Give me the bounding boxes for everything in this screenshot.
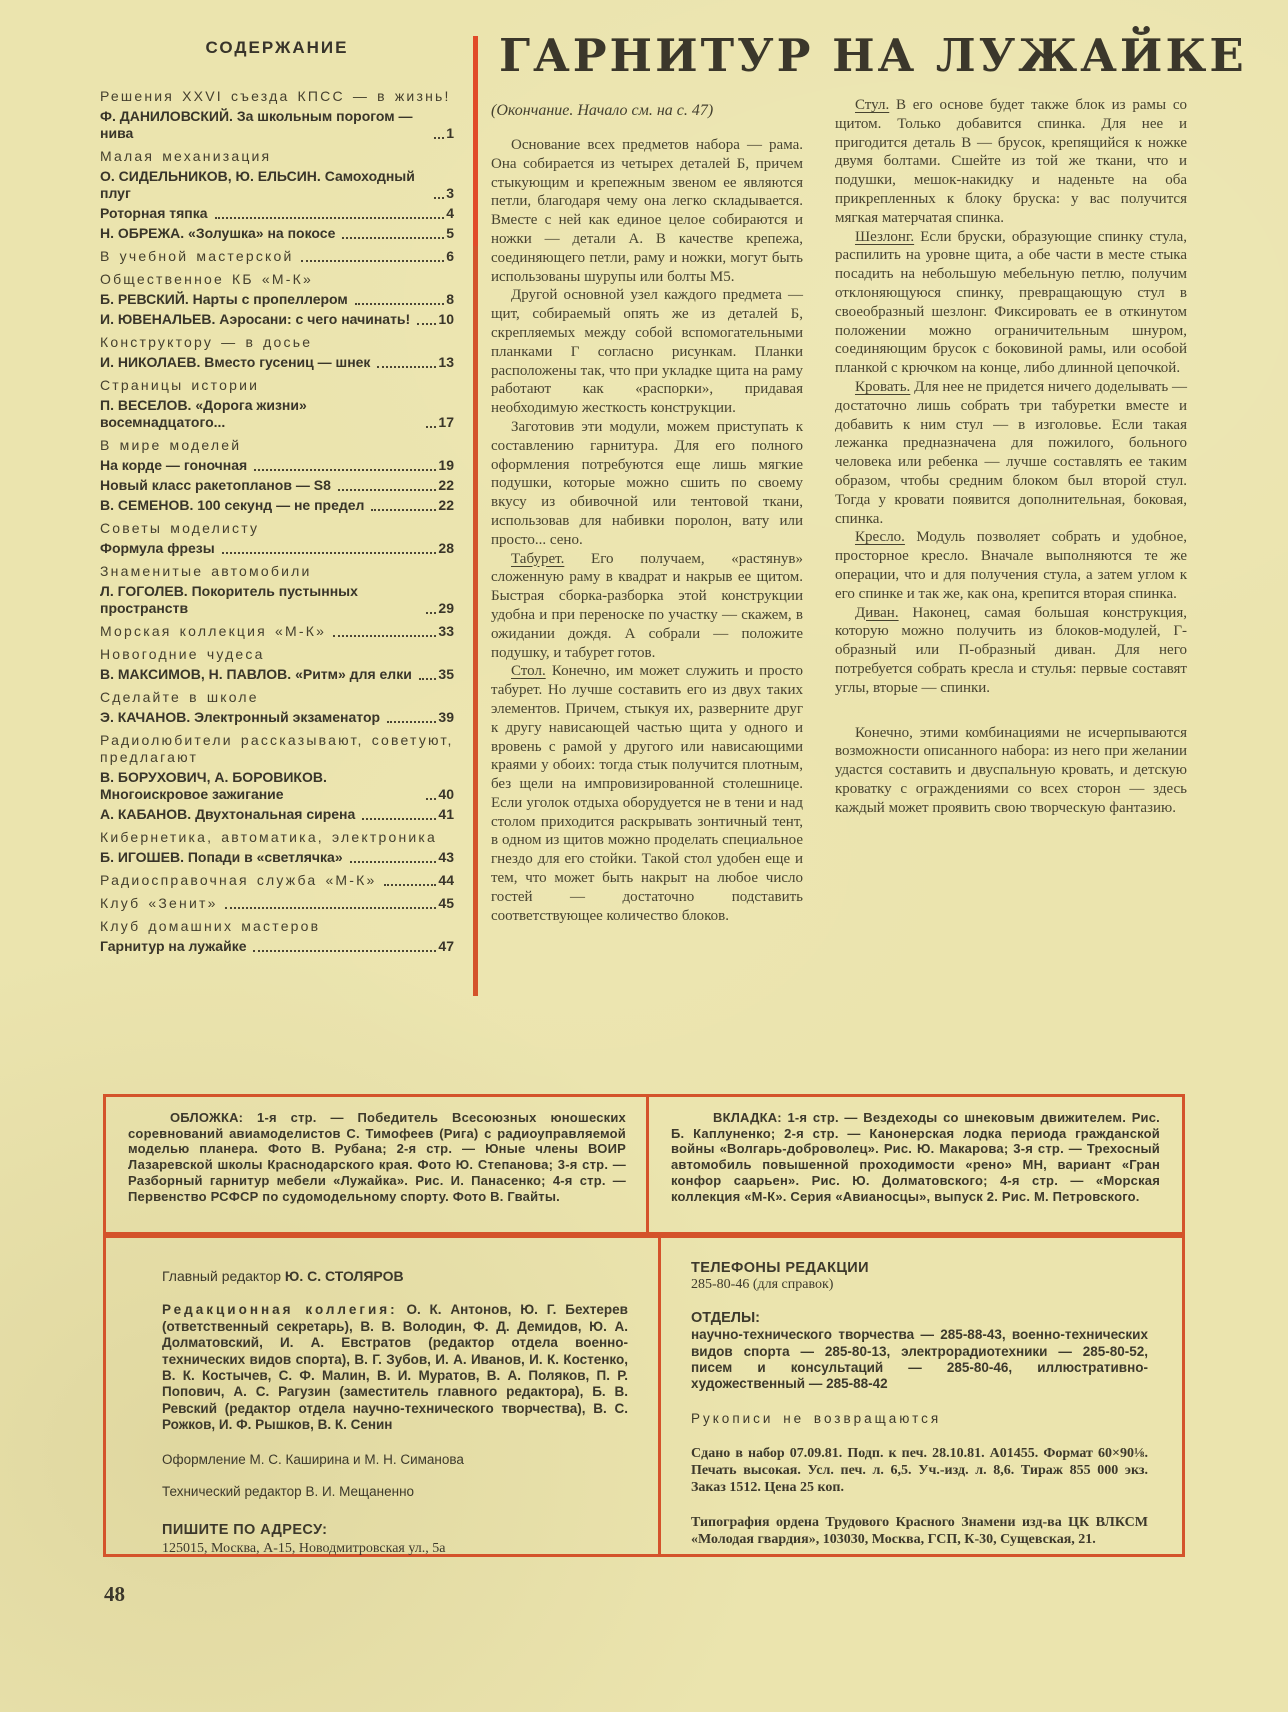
toc-entry: Л. ГОГОЛЕВ. Покоритель пустынных простра… [100, 583, 454, 617]
toc-entry-title: Страницы истории [100, 377, 259, 394]
toc-page-number: 3 [446, 185, 454, 202]
masthead-right: ТЕЛЕФОНЫ РЕДАКЦИИ 285-80-46 (для справок… [661, 1238, 1182, 1554]
toc-entry-title: Радиосправочная служба «М-К» [100, 872, 377, 889]
chief-editor-label: Главный редактор [162, 1268, 281, 1284]
toc-entry: Страницы истории [100, 377, 454, 394]
toc-entry: Клуб домашних мастеров [100, 918, 454, 935]
toc-entry-title: На корде — гоночная [100, 457, 247, 474]
toc-entry: О. СИДЕЛЬНИКОВ, Ю. ЕЛЬСИН. Самоходный пл… [100, 168, 454, 202]
toc-entry: Клуб «Зенит»45 [100, 895, 454, 912]
paragraph-text: Конечно, этими комбинациями не исчерпыва… [835, 725, 1187, 816]
toc-entry-title: И. НИКОЛАЕВ. Вместо гусениц — шнек [100, 354, 370, 371]
editorial-board-names: О. К. Антонов, Ю. Г. Бехтерев (ответстве… [162, 1302, 628, 1432]
article-columns: (Окончание. Начало см. на с. 47) Основан… [491, 96, 1187, 925]
toc-entry: П. ВЕСЕЛОВ. «Дорога жизни» восемнадцатог… [100, 397, 454, 431]
paragraph-lead-word: Шезлонг. [855, 229, 914, 245]
toc-entry-title: В учебной мастерской [100, 248, 294, 265]
toc-entry-title: Клуб «Зенит» [100, 895, 218, 912]
toc-entry-title: Малая механизация [100, 148, 271, 165]
toc-leader-dots [254, 469, 436, 471]
toc-entry: Решения XXVI съезда КПСС — в жизнь! [100, 88, 454, 105]
toc-entry: Морская коллекция «М-К»33 [100, 623, 454, 640]
toc-entry-title: А. КАБАНОВ. Двухтональная сирена [100, 806, 355, 823]
article-column-1: (Окончание. Начало см. на с. 47) Основан… [491, 96, 803, 925]
toc-entry-title: Сделайте в школе [100, 689, 259, 706]
paragraph-lead-word: Кресло. [855, 529, 905, 545]
toc-leader-dots [434, 137, 444, 139]
toc-entry-title: П. ВЕСЕЛОВ. «Дорога жизни» восемнадцатог… [100, 397, 419, 431]
toc-leader-dots [377, 366, 436, 368]
editorial-address: 125015, Москва, А-15, Новодмитровская ул… [162, 1541, 628, 1557]
toc-leader-dots [419, 678, 437, 680]
toc-page-number: 41 [438, 806, 454, 823]
toc-page-number: 8 [446, 291, 454, 308]
article-paragraph: Стул. В его основе будет также блок из р… [835, 96, 1187, 228]
toc-entry: Радиосправочная служба «М-К»44 [100, 872, 454, 889]
toc-leader-dots [387, 721, 436, 723]
manuscripts-note: Рукописи не возвращаются [691, 1411, 1148, 1427]
article-paragraph: Стол. Конечно, им может служить и просто… [491, 662, 803, 925]
toc-entry: Роторная тяпка4 [100, 205, 454, 222]
chief-editor-line: Главный редактор Ю. С. СТОЛЯРОВ [162, 1268, 628, 1284]
toc-entry: А. КАБАНОВ. Двухтональная сирена41 [100, 806, 454, 823]
toc-entry: И. ЮВЕНАЛЬЕВ. Аэросани: с чего начинать!… [100, 311, 454, 328]
toc-entry: Советы моделисту [100, 520, 454, 537]
article-paragraph: Шезлонг. Если бруски, образующие спинку … [835, 228, 1187, 378]
toc-page-number: 39 [438, 709, 454, 726]
toc-entry: И. НИКОЛАЕВ. Вместо гусениц — шнек13 [100, 354, 454, 371]
toc-leader-dots [417, 323, 436, 325]
toc-page-number: 1 [446, 125, 454, 142]
cover-text: ОБЛОЖКА: 1-я стр. — Победитель Всесоюзны… [128, 1110, 626, 1204]
departments-title: ОТДЕЛЫ: [691, 1310, 1148, 1326]
toc-entry-title: Формула фрезы [100, 540, 215, 557]
toc-page-number: 6 [446, 248, 454, 265]
toc-entry: Формула фрезы28 [100, 540, 454, 557]
toc-entry: В. МАКСИМОВ, Н. ПАВЛОВ. «Ритм» для елки3… [100, 666, 454, 683]
toc-entry-title: Советы моделисту [100, 520, 259, 537]
toc-page-number: 22 [438, 477, 454, 494]
paragraph-lead-word: Табурет. [511, 551, 564, 567]
toc-page-number: 22 [438, 497, 454, 514]
toc-entry: Сделайте в школе [100, 689, 454, 706]
toc-entry-title: Новый класс ракетопланов — S8 [100, 477, 331, 494]
masthead-box: Главный редактор Ю. С. СТОЛЯРОВ Редакцио… [103, 1235, 1185, 1557]
toc-entry-title: Конструктору — в досье [100, 334, 312, 351]
toc-page-number: 47 [438, 938, 454, 955]
technical-editor: Технический редактор В. И. Мещаненно [162, 1484, 628, 1500]
toc-entry: Малая механизация [100, 148, 454, 165]
paragraph-lead-word: Кровать. [855, 379, 910, 395]
toc-page-number: 35 [438, 666, 454, 683]
paragraph-text: Заготовив эти модули, можем приступать к… [491, 419, 803, 548]
toc-entry-title: Гарнитур на лужайке [100, 938, 246, 955]
toc-entry-title: Л. ГОГОЛЕВ. Покоритель пустынных простра… [100, 583, 419, 617]
paragraph-text: Основание всех предметов набора — рама. … [491, 137, 803, 285]
toc-page-number: 10 [438, 311, 454, 328]
insert-text: ВКЛАДКА: 1-я стр. — Вездеходы со шнековы… [671, 1110, 1160, 1204]
toc-entry: Конструктору — в досье [100, 334, 454, 351]
toc-entry-title: В. СЕМЕНОВ. 100 секунд — не предел [100, 497, 364, 514]
article-paragraph: Заготовив эти модули, можем приступать к… [491, 418, 803, 550]
toc-page-number: 33 [438, 623, 454, 640]
article-paragraph: Табурет. Его получаем, «растянув» сложен… [491, 550, 803, 663]
editorial-board: Редакционная коллегия: О. К. Антонов, Ю.… [162, 1302, 628, 1433]
paragraph-lead-word: Стол. [511, 663, 546, 679]
toc-entry: Общественное КБ «М-К» [100, 271, 454, 288]
toc-entry: Новогодние чудеса [100, 646, 454, 663]
toc-entry: Э. КАЧАНОВ. Электронный экзаменатор39 [100, 709, 454, 726]
toc-leader-dots [426, 426, 436, 428]
toc-entry: Кибернетика, автоматика, электроника [100, 829, 454, 846]
toc-entry-title: Клуб домашних мастеров [100, 918, 320, 935]
page-number: 48 [104, 1582, 125, 1607]
paragraph-text: Другой основной узел каждого предмета — … [491, 287, 803, 416]
imprint-line: Сдано в набор 07.09.81. Подп. к печ. 28.… [691, 1445, 1148, 1496]
toc-leader-dots [342, 237, 444, 239]
toc-entry: Гарнитур на лужайке47 [100, 938, 454, 955]
toc-list: Решения XXVI съезда КПСС — в жизнь!Ф. ДА… [100, 88, 454, 955]
toc-entry-title: В мире моделей [100, 437, 241, 454]
editorial-board-label: Редакционная коллегия: [162, 1302, 398, 1317]
toc-entry: В. БОРУХОВИЧ, А. БОРОВИКОВ. Многоискрово… [100, 769, 454, 803]
article-paragraph: Конечно, этими комбинациями не исчерпыва… [835, 724, 1187, 818]
table-of-contents: СОДЕРЖАНИЕ Решения XXVI съезда КПСС — в … [100, 30, 454, 955]
column-divider-rule [473, 36, 478, 996]
phones-reference: 285-80-46 (для справок) [691, 1277, 1148, 1293]
toc-leader-dots [253, 950, 436, 952]
article: ГАРНИТУР НА ЛУЖАЙКЕ (Окончание. Начало с… [491, 30, 1187, 925]
paragraph-text: В его основе будет также блок из рамы со… [835, 97, 1187, 226]
article-paragraph: Кресло. Модуль позволяет собрать и удобн… [835, 528, 1187, 603]
toc-entry: Радиолюбители рассказывают, советуют, пр… [100, 732, 454, 766]
toc-entry-title: Знаменитые автомобили [100, 563, 311, 580]
toc-entry-title: Б. РЕВСКИЙ. Нарты с пропеллером [100, 291, 348, 308]
article-paragraph: Кровать. Для нее не придется ничего доде… [835, 378, 1187, 528]
toc-entry: В учебной мастерской6 [100, 248, 454, 265]
toc-entry-title: Радиолюбители рассказывают, советуют, пр… [100, 732, 454, 766]
toc-entry-title: Ф. ДАНИЛОВСКИЙ. За школьным порогом — ни… [100, 108, 427, 142]
toc-page-number: 29 [438, 600, 454, 617]
toc-leader-dots [371, 509, 436, 511]
toc-leader-dots [434, 197, 444, 199]
toc-leader-dots [355, 303, 444, 305]
toc-page-number: 45 [438, 895, 454, 912]
design-credit: Оформление М. С. Каширина и М. Н. Симано… [162, 1452, 628, 1468]
cover-note: ОБЛОЖКА: 1-я стр. — Победитель Всесоюзны… [106, 1097, 646, 1232]
toc-entry: Б. ИГОШЕВ. Попади в «светлячка»43 [100, 849, 454, 866]
toc-entry: В. СЕМЕНОВ. 100 секунд — не предел22 [100, 497, 454, 514]
toc-entry: Новый класс ракетопланов — S822 [100, 477, 454, 494]
toc-page-number: 17 [438, 414, 454, 431]
departments-list: научно-технического творчества — 285-88-… [691, 1327, 1148, 1393]
toc-entry-title: Э. КАЧАНОВ. Электронный экзаменатор [100, 709, 380, 726]
toc-leader-dots [426, 798, 436, 800]
toc-entry: Знаменитые автомобили [100, 563, 454, 580]
cover-insert-box: ОБЛОЖКА: 1-я стр. — Победитель Всесоюзны… [103, 1094, 1185, 1235]
article-title: ГАРНИТУР НА ЛУЖАЙКЕ [499, 30, 1187, 82]
phones-title: ТЕЛЕФОНЫ РЕДАКЦИИ [691, 1260, 1148, 1276]
paragraph-text: Если бруски, образующие спинку стула, ра… [835, 229, 1187, 377]
toc-entry: На корде — гоночная19 [100, 457, 454, 474]
printer-line: Типография ордена Трудового Красного Зна… [691, 1514, 1148, 1548]
paragraph-text: Для нее не придется ничего доделывать — … [835, 379, 1187, 527]
article-paragraph: Диван. Наконец, самая большая конструкци… [835, 604, 1187, 698]
toc-page-number: 43 [438, 849, 454, 866]
toc-page-number: 19 [438, 457, 454, 474]
toc-entry: Н. ОБРЕЖА. «Золушка» на покосе5 [100, 225, 454, 242]
toc-entry-title: Новогодние чудеса [100, 646, 265, 663]
toc-entry-title: О. СИДЕЛЬНИКОВ, Ю. ЕЛЬСИН. Самоходный пл… [100, 168, 427, 202]
toc-entry-title: Н. ОБРЕЖА. «Золушка» на покосе [100, 225, 335, 242]
insert-note: ВКЛАДКА: 1-я стр. — Вездеходы со шнековы… [649, 1097, 1182, 1232]
toc-page-number: 13 [438, 354, 454, 371]
toc-leader-dots [384, 884, 437, 886]
toc-leader-dots [362, 818, 436, 820]
toc-page-number: 28 [438, 540, 454, 557]
toc-page-number: 5 [446, 225, 454, 242]
paragraph-text: Конечно, им может служить и просто табур… [491, 663, 803, 923]
toc-leader-dots [338, 489, 437, 491]
article-column-1-paragraphs: Основание всех предметов набора — рама. … [491, 136, 803, 925]
toc-entry: Б. РЕВСКИЙ. Нарты с пропеллером8 [100, 291, 454, 308]
toc-entry-title: В. МАКСИМОВ, Н. ПАВЛОВ. «Ритм» для елки [100, 666, 412, 683]
toc-page-number: 4 [446, 205, 454, 222]
toc-leader-dots [215, 217, 445, 219]
toc-entry: Ф. ДАНИЛОВСКИЙ. За школьным порогом — ни… [100, 108, 454, 142]
chief-editor-name: Ю. С. СТОЛЯРОВ [285, 1268, 404, 1284]
paragraph-text: Его получаем, «растянув» сложенную раму … [491, 551, 803, 661]
write-address-label: ПИШИТЕ ПО АДРЕСУ: [162, 1522, 628, 1538]
toc-leader-dots [426, 612, 436, 614]
toc-header: СОДЕРЖАНИЕ [100, 38, 454, 58]
magazine-page: СОДЕРЖАНИЕ Решения XXVI съезда КПСС — в … [0, 0, 1288, 1712]
article-paragraph: Основание всех предметов набора — рама. … [491, 136, 803, 286]
toc-leader-dots [333, 635, 436, 637]
article-column-2: Стул. В его основе будет также блок из р… [835, 96, 1187, 817]
toc-entry-title: Общественное КБ «М-К» [100, 271, 313, 288]
toc-entry-title: Морская коллекция «М-К» [100, 623, 326, 640]
toc-entry: В мире моделей [100, 437, 454, 454]
toc-entry-title: Решения XXVI съезда КПСС — в жизнь! [100, 88, 451, 105]
masthead-left: Главный редактор Ю. С. СТОЛЯРОВ Редакцио… [106, 1238, 658, 1554]
toc-leader-dots [225, 907, 437, 909]
toc-entry-title: Кибернетика, автоматика, электроника [100, 829, 437, 846]
toc-page-number: 40 [438, 786, 454, 803]
toc-entry-title: Роторная тяпка [100, 205, 208, 222]
toc-entry-title: Б. ИГОШЕВ. Попади в «светлячка» [100, 849, 343, 866]
paragraph-lead-word: Диван. [855, 605, 899, 621]
toc-leader-dots [301, 260, 445, 262]
toc-entry-title: И. ЮВЕНАЛЬЕВ. Аэросани: с чего начинать! [100, 311, 410, 328]
toc-entry-title: В. БОРУХОВИЧ, А. БОРОВИКОВ. Многоискрово… [100, 769, 419, 803]
toc-page-number: 44 [438, 872, 454, 889]
toc-leader-dots [350, 861, 437, 863]
toc-leader-dots [222, 552, 437, 554]
article-paragraph: Другой основной узел каждого предмета — … [491, 286, 803, 418]
paragraph-lead-word: Стул. [855, 97, 889, 113]
article-subtitle: (Окончание. Начало см. на с. 47) [491, 102, 803, 120]
